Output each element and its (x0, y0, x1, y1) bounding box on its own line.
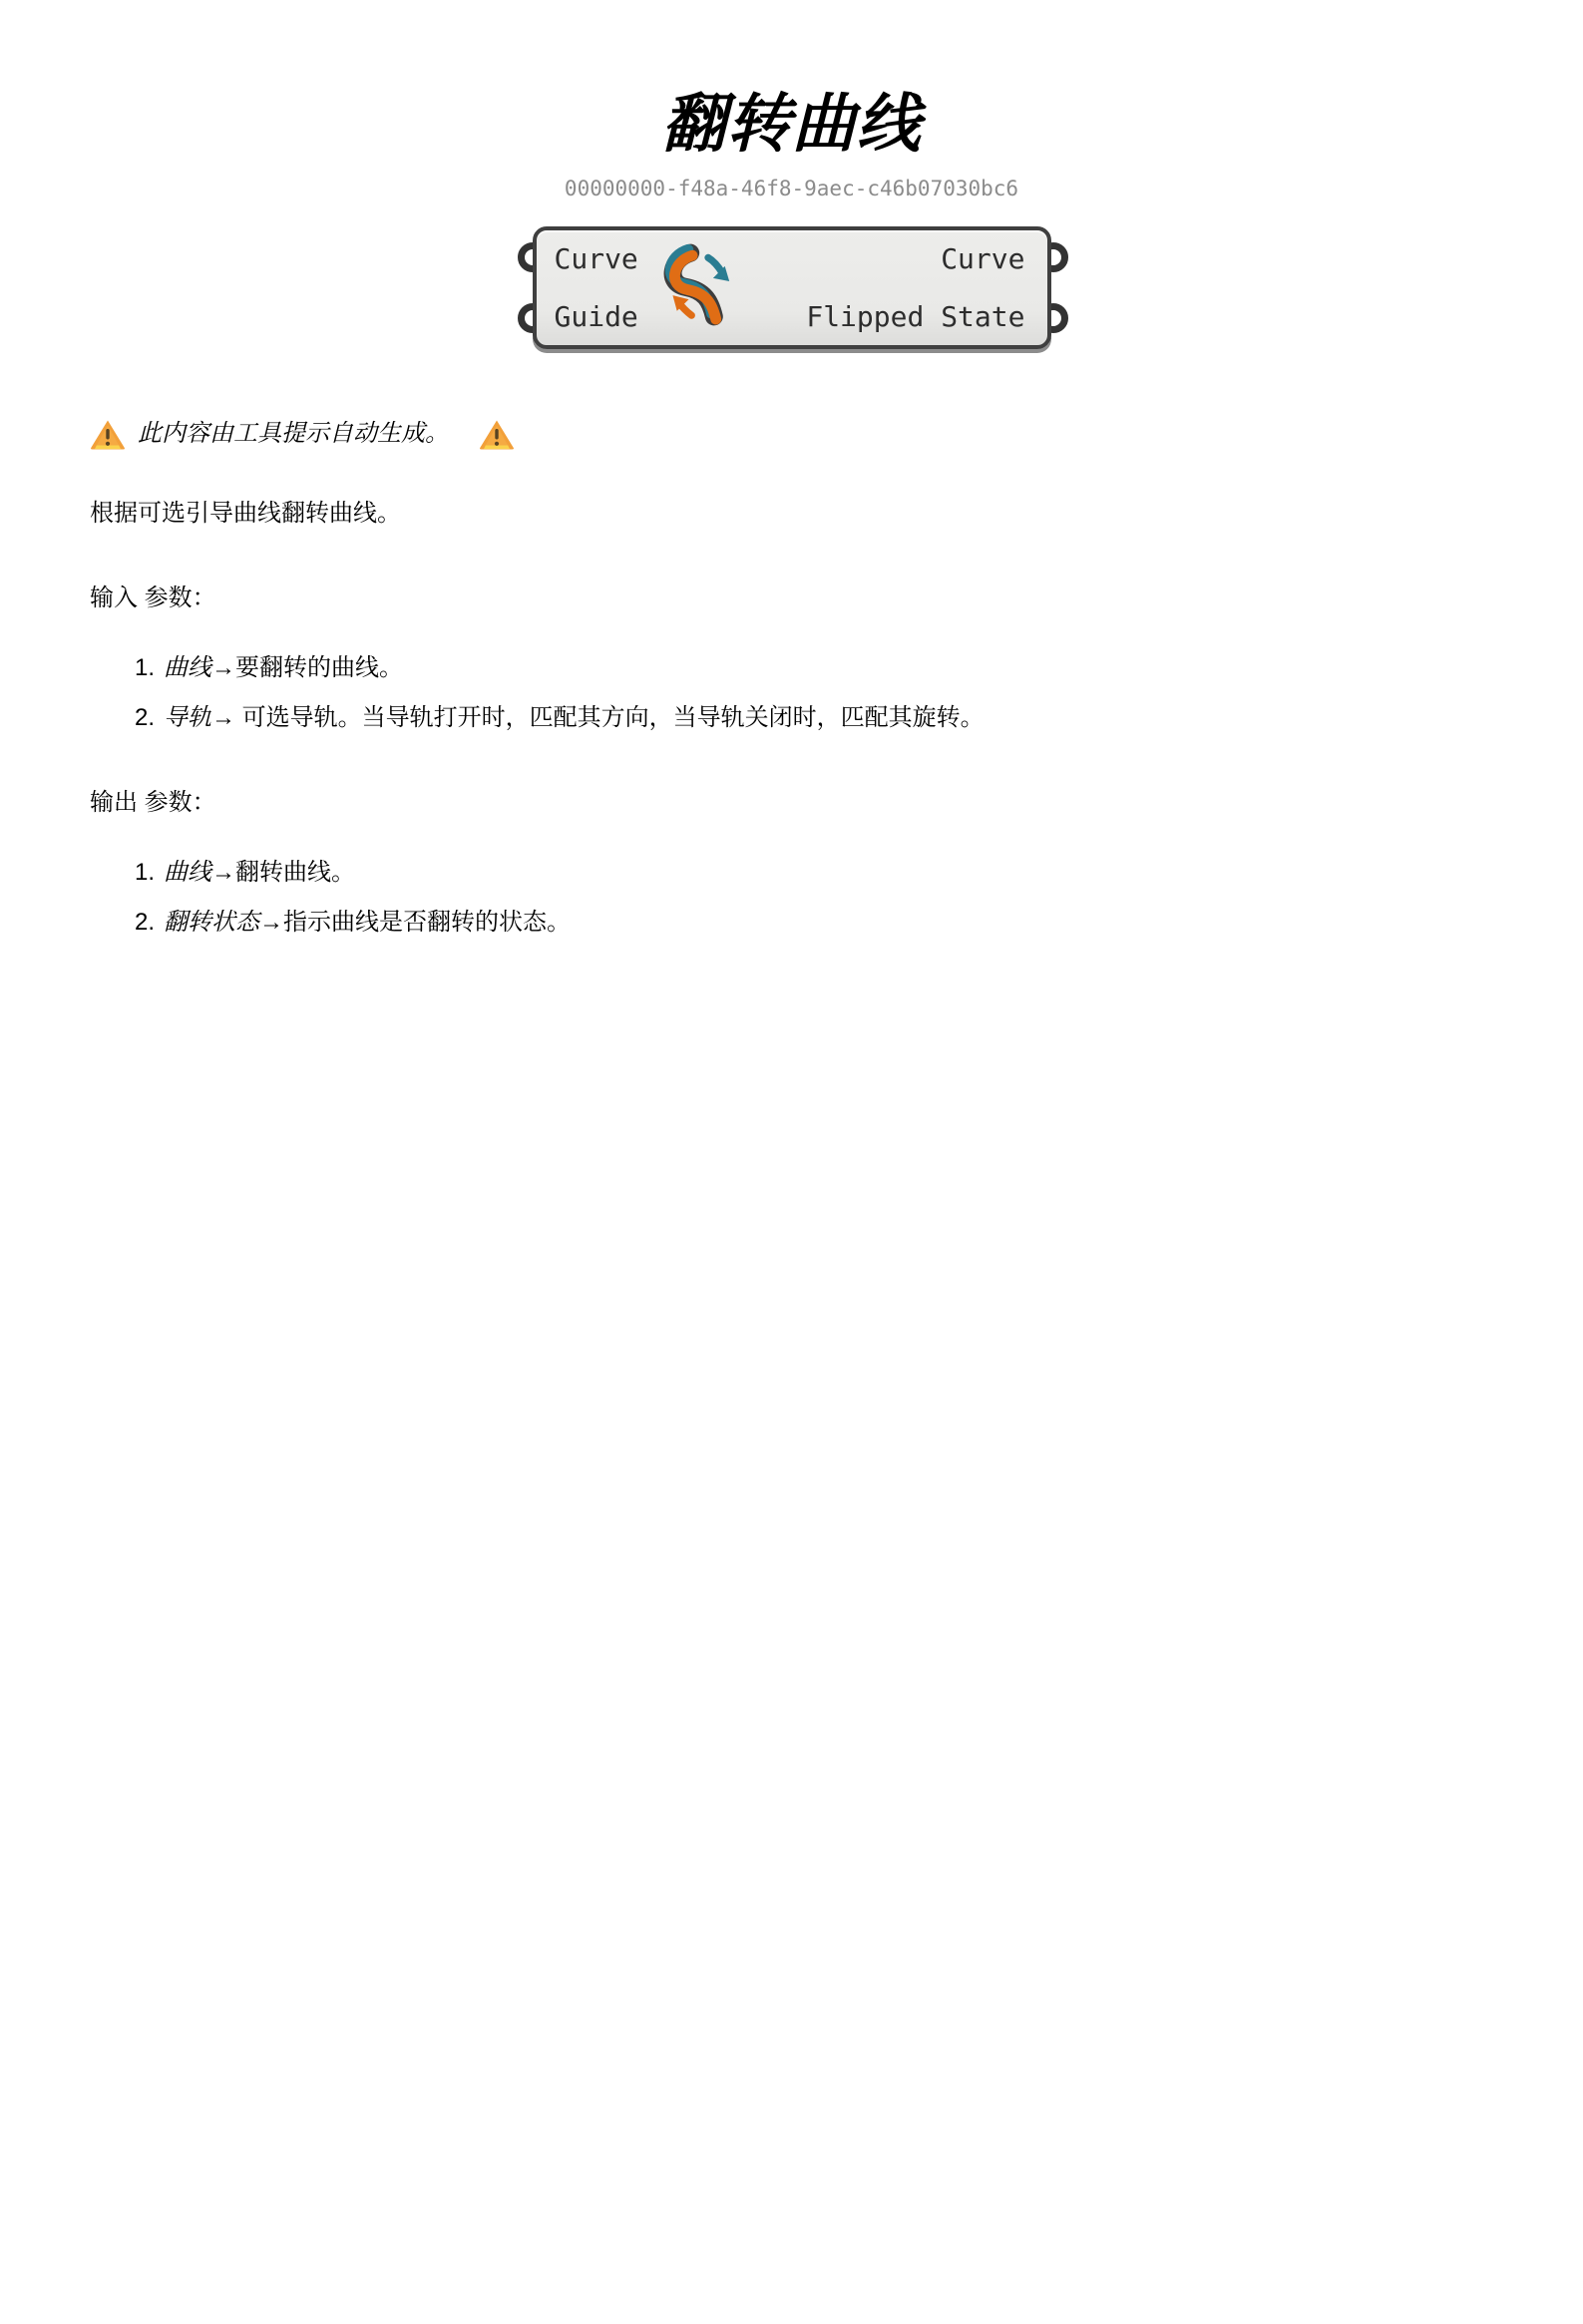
warning-text: 此内容由工具提示自动生成。 (138, 414, 449, 454)
input-params-heading: 输入 参数： (90, 581, 1493, 616)
param-list-item: 1.曲线→要翻转的曲线。 (90, 650, 1493, 686)
output-params-list: 1.曲线→翻转曲线。 2.翻转状态→指示曲线是否翻转的状态。 (90, 855, 1493, 941)
grasshopper-component: Curve Guide (533, 226, 1051, 352)
page-title: 翻转曲线 (90, 86, 1493, 163)
param-name: 曲线 (164, 859, 211, 886)
output-params-heading: 输出 参数： (90, 785, 1493, 821)
description-text: 根据可选引导曲线翻转曲线。 (90, 496, 1493, 532)
input-label-guide: Guide (555, 300, 638, 333)
param-name: 曲线 (164, 654, 211, 681)
input-params-list: 1.曲线→要翻转的曲线。 2.导轨→ 可选导轨。当导轨打开时，匹配其方向，当导轨… (90, 650, 1493, 736)
input-label-curve: Curve (555, 242, 638, 275)
component-body: Curve Guide (533, 226, 1051, 349)
param-description: →指示曲线是否翻转的状态。 (259, 909, 571, 936)
param-description: → 可选导轨。当导轨打开时，匹配其方向，当导轨关闭时，匹配其旋转。 (211, 704, 985, 731)
component-uuid: 00000000-f48a-46f8-9aec-c46b07030bc6 (90, 175, 1493, 202)
output-label-curve: Curve (941, 242, 1024, 275)
param-list-item: 2.翻转状态→指示曲线是否翻转的状态。 (90, 905, 1493, 941)
param-name: 导轨 (164, 704, 211, 731)
param-name: 翻转状态 (164, 909, 259, 936)
param-number: 1. (135, 855, 155, 891)
param-number: 1. (135, 650, 155, 686)
output-label-flipped-state: Flipped State (806, 300, 1024, 333)
param-description: →要翻转的曲线。 (211, 654, 403, 681)
param-description: →翻转曲线。 (211, 859, 355, 886)
warning-icon (90, 418, 126, 451)
param-list-item: 1.曲线→翻转曲线。 (90, 855, 1493, 891)
param-number: 2. (135, 700, 155, 736)
warning-icon (479, 418, 515, 451)
flip-curve-icon (650, 237, 754, 339)
param-list-item: 2.导轨→ 可选导轨。当导轨打开时，匹配其方向，当导轨关闭时，匹配其旋转。 (90, 700, 1493, 736)
auto-generated-warning: 此内容由工具提示自动生成。 (90, 414, 1493, 454)
document-page: 翻转曲线 00000000-f48a-46f8-9aec-c46b07030bc… (0, 86, 1583, 941)
param-number: 2. (135, 905, 155, 941)
